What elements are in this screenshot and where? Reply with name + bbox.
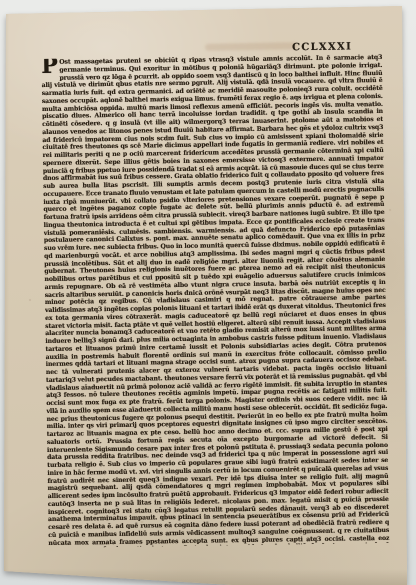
photo-background: CCLXXXI POst massagetas pruteni se obici… [0, 0, 416, 585]
body-text-content: Ost massagetas pruteni se obiciūt q ripa… [42, 54, 390, 548]
incunabulum-leaf: CCLXXXI POst massagetas pruteni se obici… [0, 0, 416, 585]
text-block: CCLXXXI POst massagetas pruteni se obici… [41, 41, 389, 549]
body-text: POst massagetas pruteni se obiciūt q rip… [41, 54, 389, 548]
leaf-shadow: CCLXXXI POst massagetas pruteni se obici… [0, 0, 416, 585]
drop-cap-initial: P [41, 59, 57, 75]
